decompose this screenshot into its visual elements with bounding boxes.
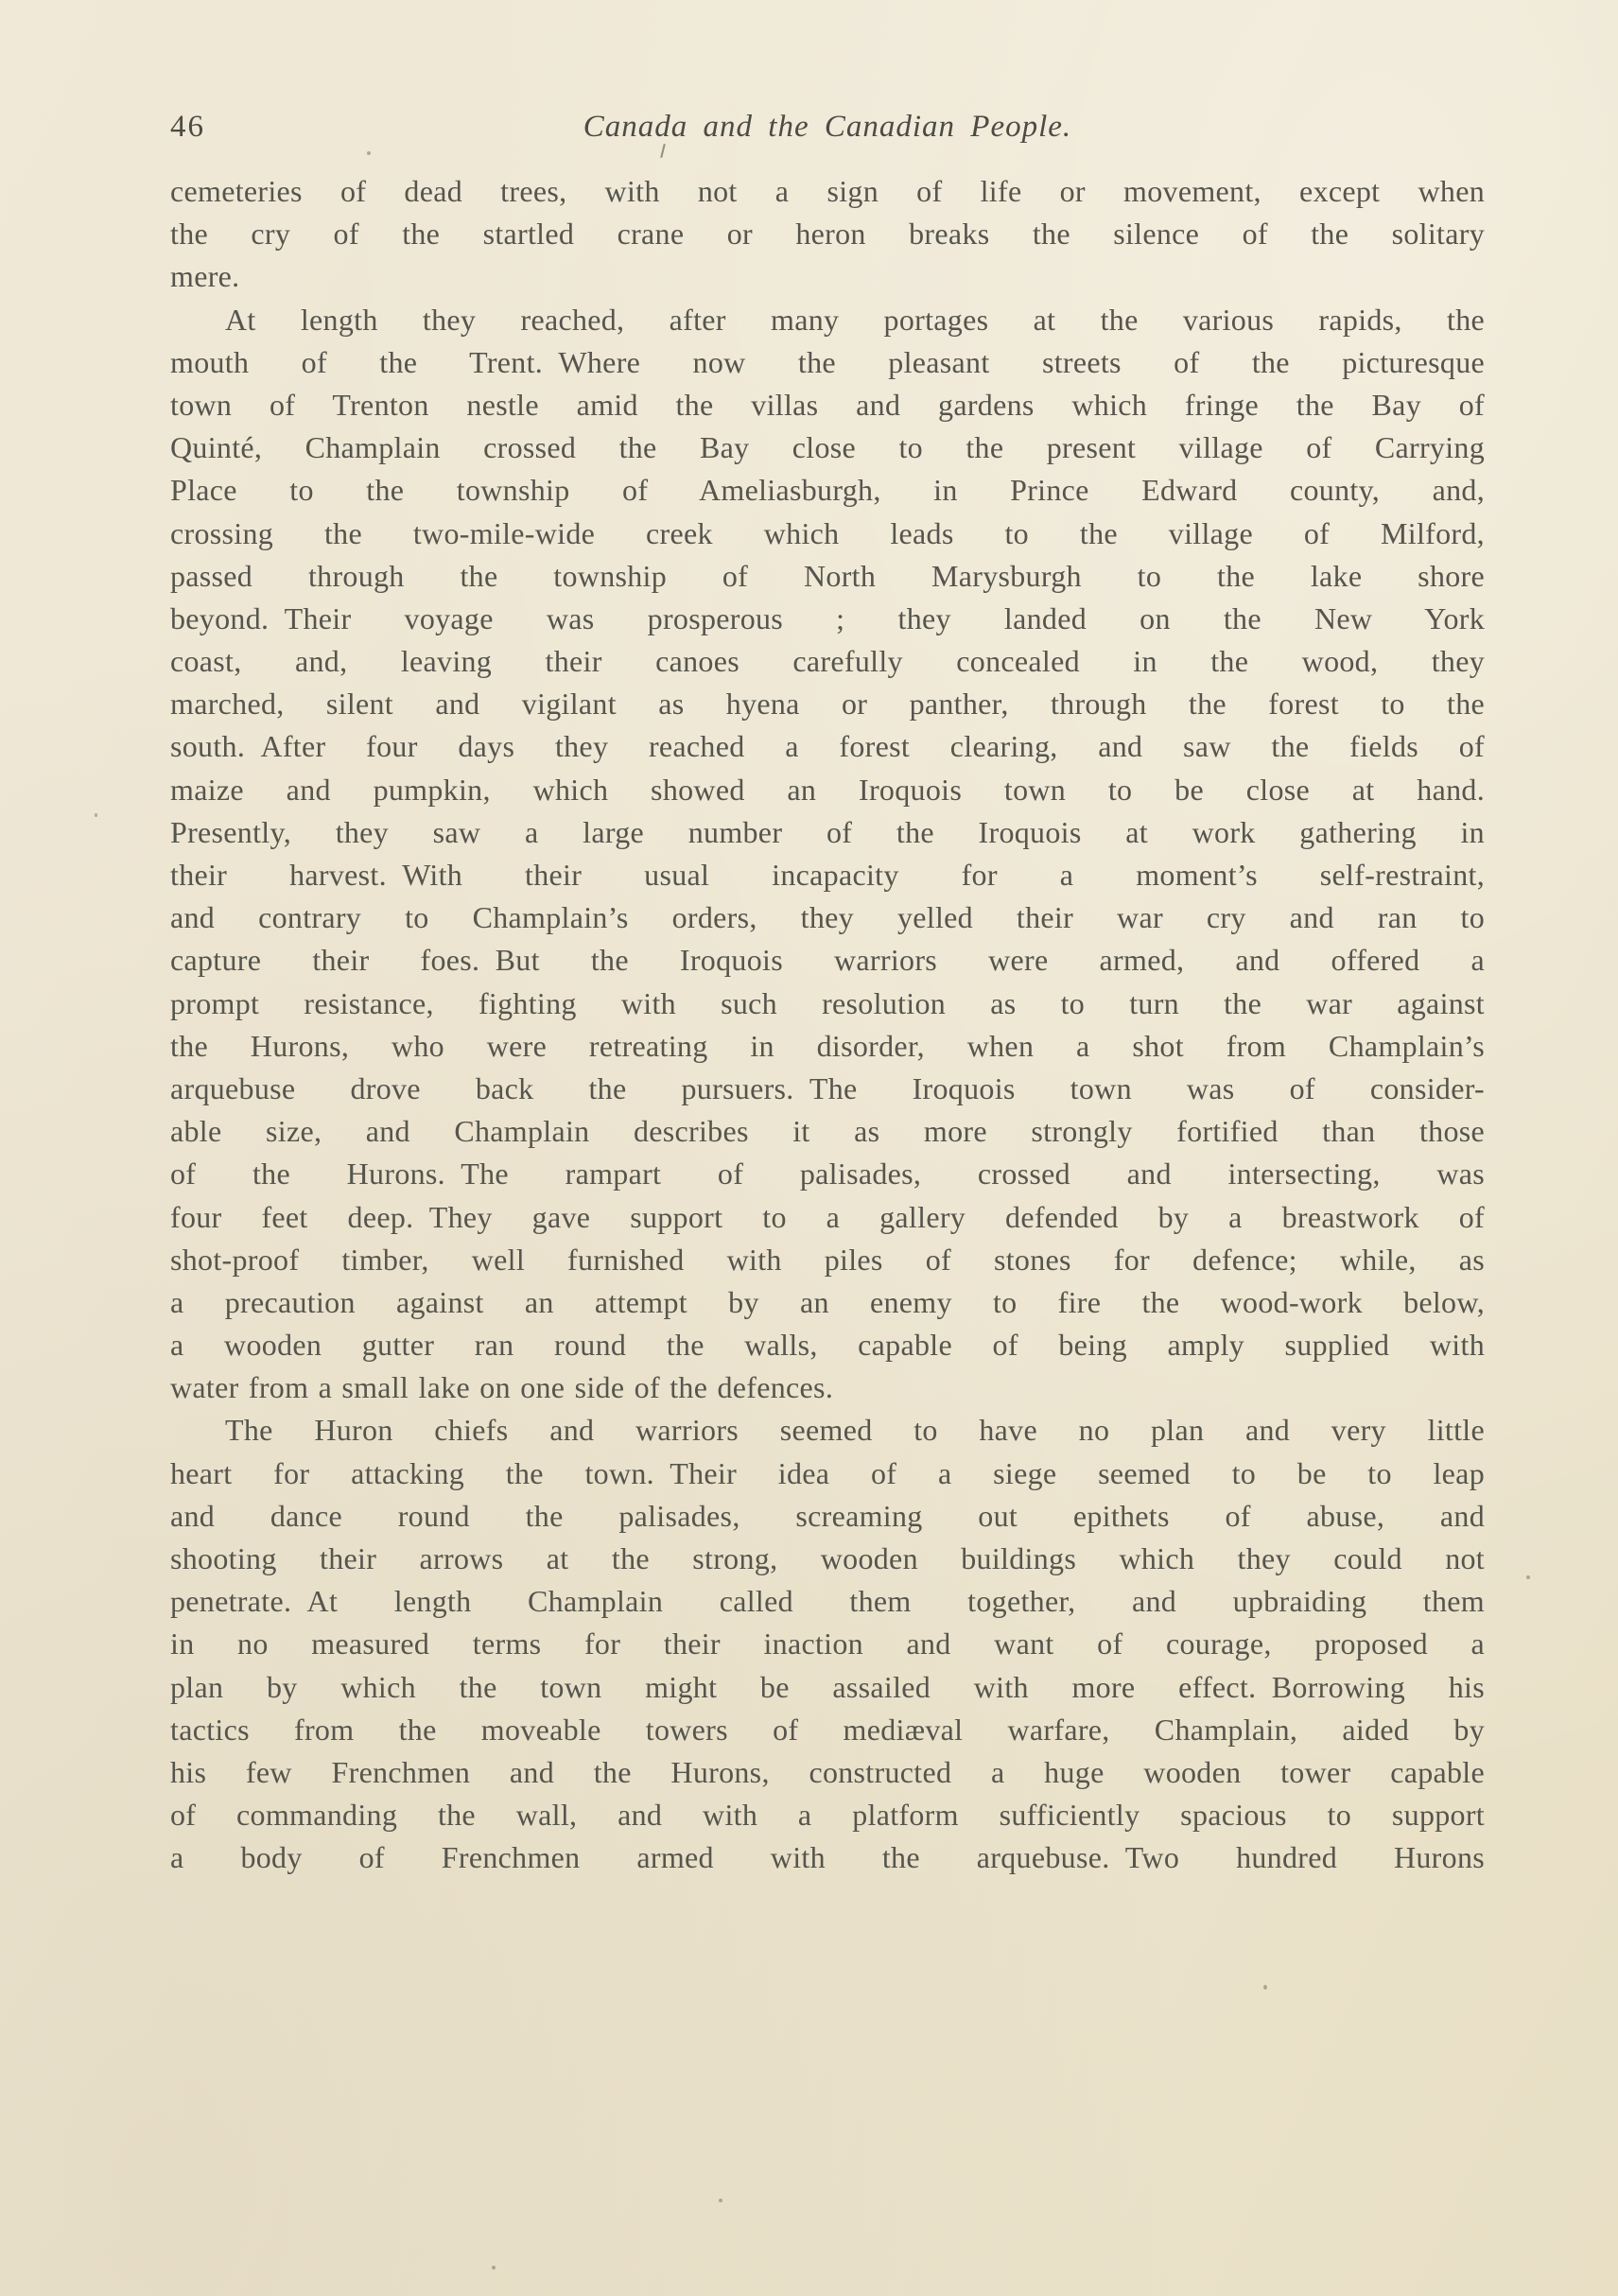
text-line: capture their foes. But the Iroquois war… [170,939,1485,982]
text-line: Presently, they saw a large number of th… [170,811,1485,854]
text-line: south. After four days they reached a fo… [170,725,1485,768]
text-line: crossing the two-mile-wide creek which l… [170,513,1485,555]
text-line: coast, and, leaving their canoes careful… [170,640,1485,683]
text-line: At length they reached, after many porta… [170,299,1485,341]
scan-speck [1526,1575,1530,1579]
text-line: Place to the township of Ameliasburgh, i… [170,469,1485,512]
text-line: in no measured terms for their inaction … [170,1623,1485,1665]
text-line: town of Trenton nestle amid the villas a… [170,384,1485,426]
text-line: prompt resistance, fighting with such re… [170,983,1485,1025]
text-line: marched, silent and vigilant as hyena or… [170,683,1485,725]
text-line: and dance round the palisades, screaming… [170,1495,1485,1538]
scan-speck [492,2266,496,2270]
page-number: 46 [170,106,205,148]
text-line: mouth of the Trent. Where now the pleasa… [170,341,1485,384]
text-line: of the Hurons. The rampart of palisades,… [170,1153,1485,1195]
text-line: his few Frenchmen and the Hurons, constr… [170,1751,1485,1794]
text-line: tactics from the moveable towers of medi… [170,1709,1485,1751]
text-line: of commanding the wall, and with a platf… [170,1794,1485,1836]
text-line: cemeteries of dead trees, with not a sig… [170,170,1485,213]
text-line: plan by which the town might be assailed… [170,1666,1485,1709]
text-line: beyond. Their voyage was prosperous ; th… [170,598,1485,640]
text-line: heart for attacking the town. Their idea… [170,1452,1485,1495]
book-page: 46 Canada and the Canadian People. cemet… [0,0,1618,2296]
text-line: a precaution against an attempt by an en… [170,1281,1485,1324]
text-line: arquebuse drove back the pursuers. The I… [170,1068,1485,1110]
scan-speck [95,813,97,817]
page-content: 46 Canada and the Canadian People. cemet… [170,106,1485,1880]
text-line: maize and pumpkin, which showed an Iroqu… [170,769,1485,811]
text-line: penetrate. At length Champlain called th… [170,1580,1485,1623]
page-body: cemeteries of dead trees, with not a sig… [170,170,1485,1880]
text-line: able size, and Champlain describes it as… [170,1110,1485,1153]
text-line: mere. [170,255,1485,298]
running-header: 46 Canada and the Canadian People. [170,106,1485,148]
running-title: Canada and the Canadian People. [170,106,1485,148]
text-line: four feet deep. They gave support to a g… [170,1196,1485,1239]
text-line: the cry of the startled crane or heron b… [170,213,1485,255]
text-line: and contrary to Champlain’s orders, they… [170,896,1485,939]
text-line: their harvest. With their usual incapaci… [170,854,1485,896]
text-line: shooting their arrows at the strong, woo… [170,1538,1485,1580]
text-line: passed through the township of North Mar… [170,555,1485,598]
text-line: The Huron chiefs and warriors seemed to … [170,1409,1485,1452]
text-line: a wooden gutter ran round the walls, cap… [170,1324,1485,1366]
text-line: water from a small lake on one side of t… [170,1366,1485,1409]
scan-speck [1263,1985,1267,1990]
text-line: a body of Frenchmen armed with the arque… [170,1836,1485,1879]
scan-speck [719,2199,722,2202]
text-line: the Hurons, who were retreating in disor… [170,1025,1485,1068]
text-line: shot-proof timber, well furnished with p… [170,1239,1485,1281]
text-line: Quinté, Champlain crossed the Bay close … [170,426,1485,469]
